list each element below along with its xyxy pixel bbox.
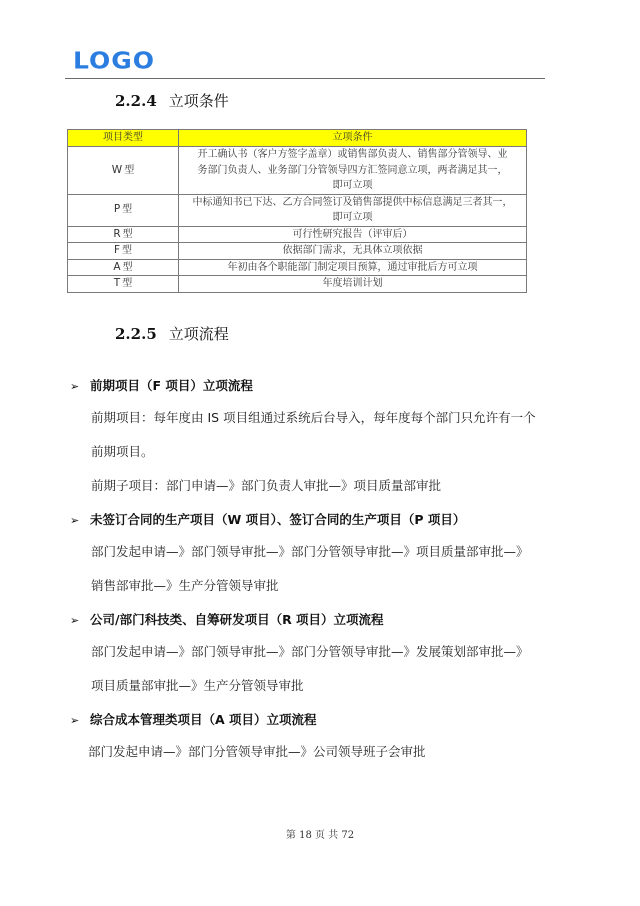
bullet-arrow-icon: ➢ [70, 714, 90, 727]
page-number: 18 [299, 830, 312, 841]
condition-cell: 中标通知书已下达、乙方合同签订及销售部提供中标信息满足三者其一， 即可立项 [179, 194, 527, 226]
bullet-arrow-icon: ➢ [70, 514, 90, 527]
flow-heading-a-project: ➢综合成本管理类项目（A 项目）立项流程 [70, 710, 317, 728]
table-row: W型 开工确认书（客户方签字盖章）或销售部负责人、销售部分管领导、业 务部门负责… [68, 147, 527, 195]
type-cell: A型 [68, 259, 179, 276]
section-title: 立项流程 [169, 325, 229, 343]
flow-text: 销售部审批—》生产分管领导审批 [91, 576, 279, 594]
section-title: 立项条件 [169, 92, 229, 110]
page-footer: 第 18 页 共 72 [0, 826, 640, 841]
bullet-arrow-icon: ➢ [70, 614, 90, 627]
flow-text: 前期子项目：部门申请—》部门负责人审批—》项目质量部审批 [91, 476, 441, 494]
table-row: A型 年初由各个职能部门制定项目预算，通过审批后方可立项 [68, 259, 527, 276]
condition-cell: 年度培训计划 [179, 276, 527, 293]
flow-text: 部门发起申请—》部门领导审批—》部门分管领导审批—》发展策划部审批—》 [91, 642, 529, 660]
type-cell: P型 [68, 194, 179, 226]
flow-heading-f-project: ➢前期项目（F 项目）立项流程 [70, 376, 253, 394]
condition-cell: 依据部门需求，无具体立项依据 [179, 243, 527, 260]
type-cell: R型 [68, 226, 179, 243]
table-row: T型 年度培训计划 [68, 276, 527, 293]
column-header-condition: 立项条件 [179, 130, 527, 147]
condition-cell: 开工确认书（客户方签字盖章）或销售部负责人、销售部分管领导、业 务部门负责人、业… [179, 147, 527, 195]
table-row: P型 中标通知书已下达、乙方合同签订及销售部提供中标信息满足三者其一， 即可立项 [68, 194, 527, 226]
flow-heading-r-project: ➢公司/部门科技类、自筹研发项目（R 项目）立项流程 [70, 610, 384, 628]
section-heading-2-2-4: 2.2.4立项条件 [115, 90, 229, 111]
section-number: 2.2.4 [115, 92, 157, 110]
table-row: R型 可行性研究报告（评审后） [68, 226, 527, 243]
project-conditions-table: 项目类型 立项条件 W型 开工确认书（客户方签字盖章）或销售部负责人、销售部分管… [67, 129, 527, 293]
flow-text: 部门发起申请—》部门领导审批—》部门分管领导审批—》项目质量部审批—》 [91, 542, 529, 560]
flow-text: 部门发起申请—》部门分管领导审批—》公司领导班子会审批 [88, 742, 426, 760]
flow-text: 项目质量部审批—》生产分管领导审批 [91, 676, 304, 694]
flow-heading-w-p-project: ➢未签订合同的生产项目（W 项目）、签订合同的生产项目（P 项目） [70, 510, 465, 528]
type-cell: T型 [68, 276, 179, 293]
flow-text: 前期项目。 [91, 442, 154, 460]
column-header-type: 项目类型 [68, 130, 179, 147]
table-row: F型 依据部门需求，无具体立项依据 [68, 243, 527, 260]
header-divider [65, 78, 545, 79]
flow-text: 前期项目：每年度由 IS 项目组通过系统后台导入，每年度每个部门只允许有一个 [91, 408, 536, 426]
section-heading-2-2-5: 2.2.5立项流程 [115, 323, 229, 344]
condition-cell: 年初由各个职能部门制定项目预算，通过审批后方可立项 [179, 259, 527, 276]
type-cell: W型 [68, 147, 179, 195]
condition-cell: 可行性研究报告（评审后） [179, 226, 527, 243]
bullet-arrow-icon: ➢ [70, 380, 90, 393]
logo: LOGO [73, 49, 155, 73]
table-header-row: 项目类型 立项条件 [68, 130, 527, 147]
type-cell: F型 [68, 243, 179, 260]
section-number: 2.2.5 [115, 325, 157, 343]
total-pages: 72 [341, 830, 354, 841]
